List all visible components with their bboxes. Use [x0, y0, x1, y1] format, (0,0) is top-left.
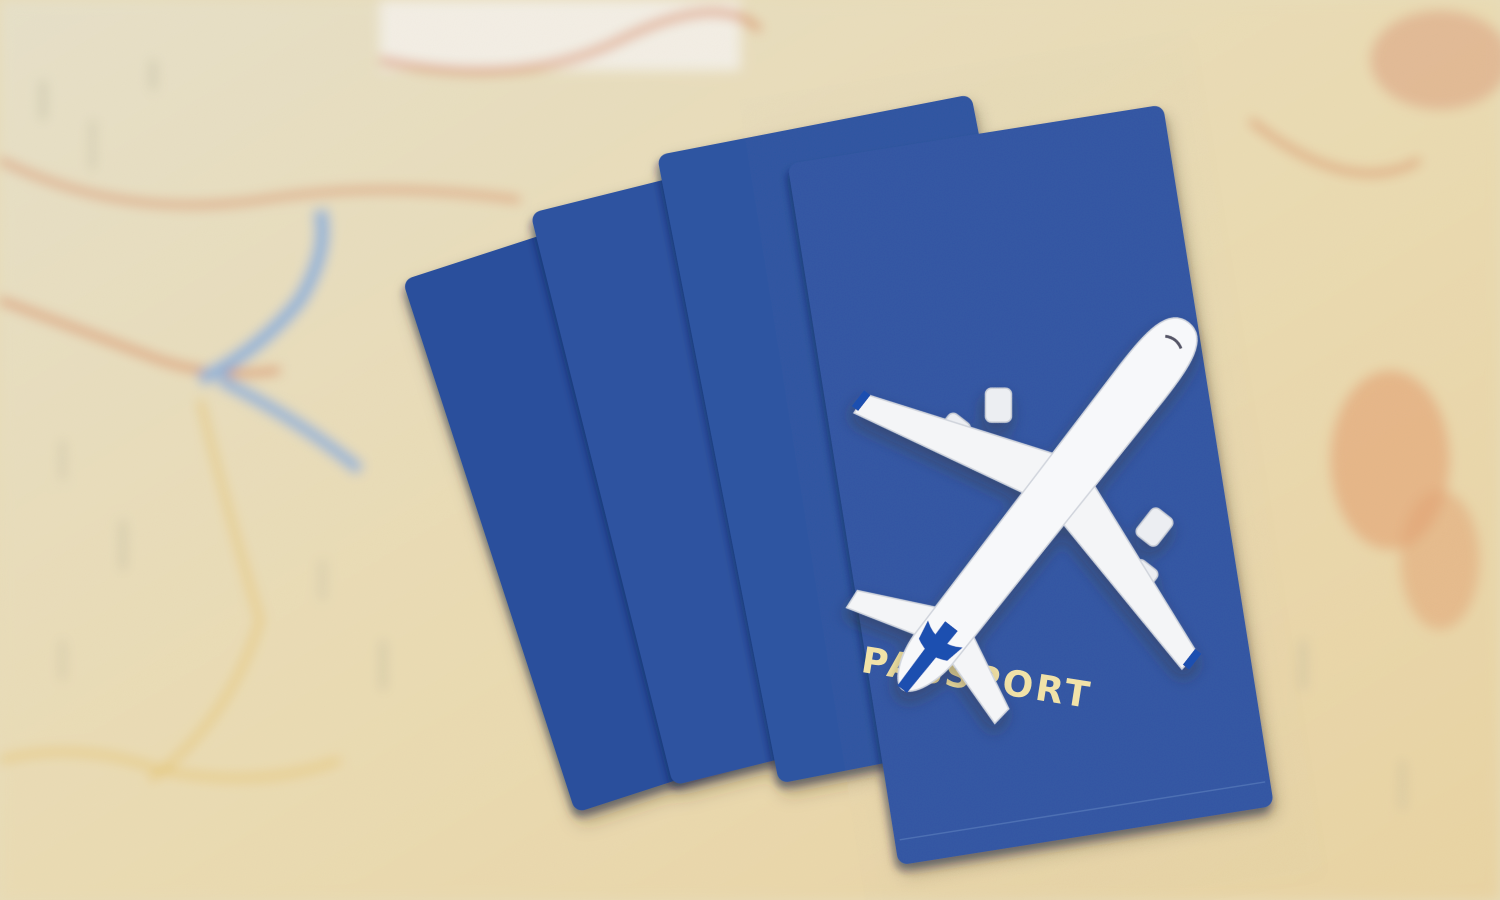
photo-scene: PASSPORT: [0, 0, 1500, 900]
